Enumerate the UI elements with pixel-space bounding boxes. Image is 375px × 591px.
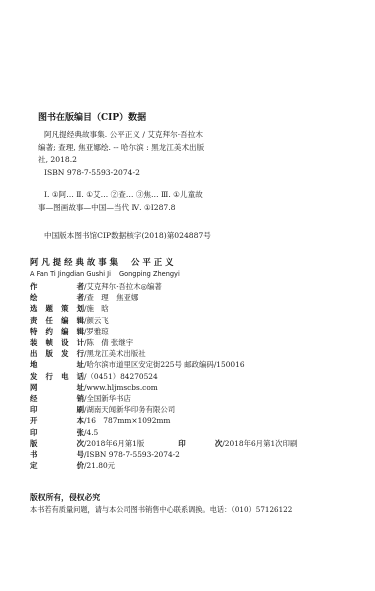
detail-value: 21.80元: [87, 460, 116, 471]
detail-value: 2018年6月第1次印刷: [225, 439, 298, 448]
detail-value: 2018年6月第1版: [87, 438, 145, 449]
detail-label: 印 刷: [30, 404, 84, 415]
detail-label: 出版发行: [30, 348, 84, 359]
detail-row-format: 开 本/16 787mm×1092mm: [30, 415, 297, 426]
detail-row-printer: 印 刷/湖南天闻新华印务有限公司: [30, 404, 297, 415]
detail-value: 16 787mm×1092mm: [87, 415, 171, 426]
copyright-page: 图书在版编目（CIP）数据 阿凡提经典故事集. 公平正义 / 艾克拜尔·吾拉木 …: [0, 0, 375, 591]
detail-value: 全国新华书店: [87, 393, 131, 404]
detail-row-isbn: 书 号/ISBN 978-7-5593-2074-2: [30, 449, 297, 460]
subtitle-pinyin: Gongping Zhengyi: [119, 270, 180, 278]
detail-label: 选题策划: [30, 303, 84, 314]
cip-classification: 事—图画故事—中国—当代 Ⅳ. ①I287.8: [38, 202, 338, 215]
detail-value: www.hljmscbs.com: [87, 382, 158, 393]
title-pinyin: A Fan Ti Jingdian Gushi Ji: [30, 270, 111, 278]
detail-value: 罗雅琼: [87, 326, 109, 337]
detail-value: 艾克拜尔·吾拉木◎编著: [87, 281, 162, 292]
publication-details: 作 者/艾克拜尔·吾拉木◎编著 绘 者/查 理 焦亚娜 选题策划/施 晗 责任编…: [30, 281, 297, 471]
detail-row-price: 定 价/21.80元: [30, 460, 297, 471]
detail-row-editor: 责任编辑/颜云飞: [30, 315, 297, 326]
book-title-cn: 阿凡提经典故事集: [30, 257, 121, 267]
detail-row-illustrator: 绘 者/查 理 焦亚娜: [30, 292, 297, 303]
detail-label: 开 本: [30, 415, 84, 426]
detail-row-special-editor: 特约编辑/罗雅琼: [30, 326, 297, 337]
copyright-notice: 版权所有，侵权必究 本书若有质量问题，请与本公司图书销售中心联系调换。电话：（0…: [30, 492, 292, 515]
detail-value: 颜云飞: [87, 315, 109, 326]
rights-title: 版权所有，侵权必究: [30, 492, 292, 504]
detail-row-phone: 发行电话/（0451）84270524: [30, 371, 297, 382]
detail-label: 装帧设计: [30, 337, 84, 348]
detail-label: 发行电话: [30, 371, 84, 382]
detail-value: ISBN 978-7-5593-2074-2: [87, 449, 180, 460]
cip-line: 编著; 查理, 焦亚娜绘. -- 哈尔滨 : 黑龙江美术出版: [38, 142, 338, 155]
detail-label: 绘 者: [30, 292, 84, 303]
detail-row-sheets: 印 张/4.5: [30, 427, 297, 438]
detail-label: 印 张: [30, 427, 84, 438]
detail-label: 网 址: [30, 382, 84, 393]
cip-classification: Ⅰ. ①阿… Ⅱ. ①艾… ②查… ③焦… Ⅲ. ①儿童故: [38, 189, 338, 202]
detail-label: 定 价: [30, 460, 84, 471]
detail-label: 版 次: [30, 438, 84, 449]
detail-value: 哈尔滨市道里区安定街225号 邮政编码/150016: [87, 359, 245, 370]
detail-value: 查 理 焦亚娜: [87, 292, 139, 303]
cip-number: 中国版本图书馆CIP数据核字(2018)第024887号: [44, 230, 211, 242]
detail-row-distributor: 经 销/全国新华书店: [30, 393, 297, 404]
detail-label: 作 者: [30, 281, 84, 292]
cip-title: 图书在版编目（CIP）数据: [38, 112, 338, 124]
detail-value: 陈 倩 张继宇: [87, 337, 134, 348]
detail-label: 经 销: [30, 393, 84, 404]
cip-line: 阿凡提经典故事集. 公平正义 / 艾克拜尔·吾拉木: [38, 129, 338, 142]
detail-label: 书 号: [30, 449, 84, 460]
detail-value: 施 晗: [87, 303, 109, 314]
detail-value: 黑龙江美术出版社: [87, 348, 146, 359]
detail-row-address: 地 址/哈尔滨市道里区安定街225号 邮政编码/150016: [30, 359, 297, 370]
detail-row-planner: 选题策划/施 晗: [30, 303, 297, 314]
detail-row-edition: 版 次/2018年6月第1版 印 次/2018年6月第1次印刷: [30, 438, 297, 449]
detail-value: 湖南天闻新华印务有限公司: [87, 404, 176, 415]
detail-row-author: 作 者/艾克拜尔·吾拉木◎编著: [30, 281, 297, 292]
detail-row-designer: 装帧设计/陈 倩 张继宇: [30, 337, 297, 348]
detail-label: 特约编辑: [30, 326, 84, 337]
detail-label: 印 次: [178, 438, 222, 449]
quality-notice: 本书若有质量问题，请与本公司图书销售中心联系调换。电话：（010）5712612…: [30, 504, 292, 515]
cip-line: 社, 2018.2: [38, 154, 338, 167]
printing-info: 印 次/2018年6月第1次印刷: [178, 438, 297, 449]
book-title: 阿凡提经典故事集公平正义: [30, 257, 177, 268]
book-title-pinyin: A Fan Ti Jingdian Gushi JiGongping Zheng…: [30, 269, 180, 279]
detail-value: 4.5: [87, 427, 99, 438]
detail-row-website: 网 址/www.hljmscbs.com: [30, 382, 297, 393]
detail-label: 责任编辑: [30, 315, 84, 326]
book-subtitle-cn: 公平正义: [131, 257, 177, 267]
detail-label: 地 址: [30, 359, 84, 370]
detail-value: （0451）84270524: [87, 371, 158, 382]
cip-isbn: ISBN 978-7-5593-2074-2: [38, 167, 338, 180]
detail-row-publisher: 出版发行/黑龙江美术出版社: [30, 348, 297, 359]
cip-data-block: 图书在版编目（CIP）数据 阿凡提经典故事集. 公平正义 / 艾克拜尔·吾拉木 …: [38, 112, 338, 214]
